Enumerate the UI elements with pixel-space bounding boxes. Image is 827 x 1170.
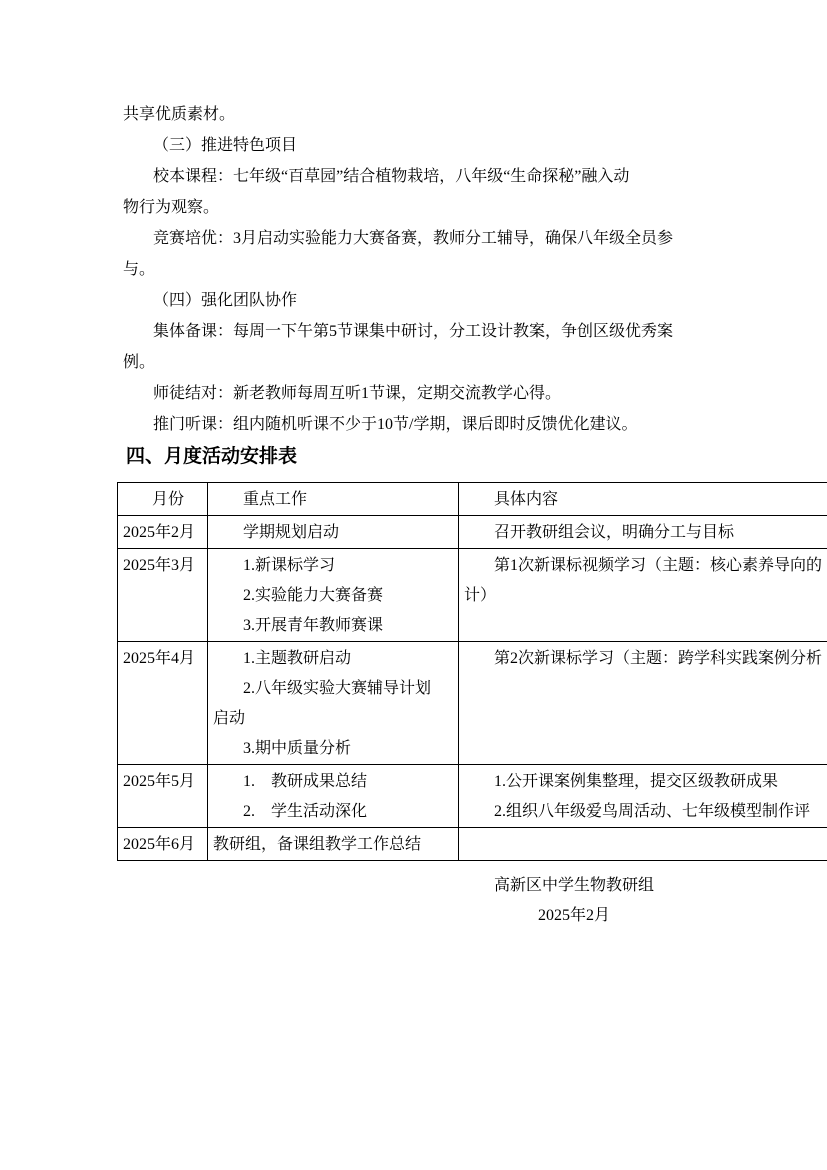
text-line: 2.实验能力大赛备赛 <box>213 581 453 611</box>
cell-content <box>459 828 827 861</box>
cell-work: 1.新课标学习2.实验能力大赛备赛3.开展青年教师赛课 <box>208 549 459 642</box>
cell-work: 教研组，备课组教学工作总结 <box>208 828 459 861</box>
text-line: 推门听课：组内随机听课不少于10节/学期，课后即时反馈优化建议。 <box>123 409 823 440</box>
cell-content: 召开教研组会议，明确分工与目标 <box>459 516 827 549</box>
table-row: 2025年3月 1.新课标学习2.实验能力大赛备赛3.开展青年教师赛课 第1次新… <box>118 549 827 642</box>
text-line: 教研组，备课组教学工作总结 <box>213 830 453 860</box>
text-line: 2025年3月 <box>123 551 202 581</box>
header-cell-work: 重点工作 <box>208 483 459 516</box>
text-line: 学期规划启动 <box>213 518 453 548</box>
text-line: 1.新课标学习 <box>213 551 453 581</box>
text-line: 第2次新课标学习（主题：跨学科实践案例分析 <box>464 644 827 674</box>
text-line: 竞赛培优：3月启动实验能力大赛备赛，教师分工辅导，确保八年级全员参 <box>123 223 823 254</box>
text-line: 2025年5月 <box>123 767 202 797</box>
cell-month: 2025年5月 <box>118 765 208 828</box>
cell-month: 2025年2月 <box>118 516 208 549</box>
text-line: 具体内容 <box>464 485 827 515</box>
header-cell-content: 具体内容 <box>459 483 827 516</box>
text-line: 计） <box>464 581 827 611</box>
table-row: 2025年2月 学期规划启动 召开教研组会议，明确分工与目标 <box>118 516 827 549</box>
cell-month: 2025年3月 <box>118 549 208 642</box>
text-line: 1.公开课案例集整理，提交区级教研成果 <box>464 767 827 797</box>
cell-work: 1.主题教研启动2.八年级实验大赛辅导计划启动3.期中质量分析 <box>208 642 459 765</box>
text-line: 师徒结对：新老教师每周互听1节课，定期交流教学心得。 <box>123 378 823 409</box>
text-line: 2. 学生活动深化 <box>213 797 453 827</box>
cell-month: 2025年4月 <box>118 642 208 765</box>
document-page: 共享优质素材。（三）推进特色项目校本课程：七年级“百草园”结合植物栽培，八年级“… <box>0 0 827 1170</box>
text-line: 1.主题教研启动 <box>213 644 453 674</box>
section-heading: 四、月度活动安排表 <box>126 444 297 470</box>
signature-date: 2025年2月 <box>374 901 774 931</box>
cell-month: 2025年6月 <box>118 828 208 861</box>
table-row: 2025年4月 1.主题教研启动2.八年级实验大赛辅导计划启动3.期中质量分析 … <box>118 642 827 765</box>
signature-organization: 高新区中学生物教研组 <box>374 871 774 901</box>
header-cell-month: 月份 <box>118 483 208 516</box>
text-line: 1. 教研成果总结 <box>213 767 453 797</box>
text-line: 2.八年级实验大赛辅导计划 <box>213 674 453 704</box>
text-line: 召开教研组会议，明确分工与目标 <box>464 518 827 548</box>
table-header-row: 月份 重点工作 具体内容 <box>118 483 827 516</box>
table-row: 2025年5月 1. 教研成果总结2. 学生活动深化 1.公开课案例集整理，提交… <box>118 765 827 828</box>
cell-content: 第1次新课标视频学习（主题：核心素养导向的计） <box>459 549 827 642</box>
text-line: 2.组织八年级爱鸟周活动、七年级模型制作评 <box>464 797 827 827</box>
text-line: 集体备课：每周一下午第5节课集中研讨，分工设计教案，争创区级优秀案 <box>123 316 823 347</box>
text-line: 第1次新课标视频学习（主题：核心素养导向的 <box>464 551 827 581</box>
body-paragraphs: 共享优质素材。（三）推进特色项目校本课程：七年级“百草园”结合植物栽培，八年级“… <box>123 99 823 440</box>
text-line: 与。 <box>123 254 823 285</box>
text-line: 共享优质素材。 <box>123 99 823 130</box>
signature-block: 高新区中学生物教研组 2025年2月 <box>374 871 774 931</box>
text-line: （三）推进特色项目 <box>123 130 823 161</box>
cell-content: 第2次新课标学习（主题：跨学科实践案例分析 <box>459 642 827 765</box>
cell-work: 1. 教研成果总结2. 学生活动深化 <box>208 765 459 828</box>
cell-work: 学期规划启动 <box>208 516 459 549</box>
text-line: 2025年6月 <box>123 830 202 860</box>
cell-content: 1.公开课案例集整理，提交区级教研成果2.组织八年级爱鸟周活动、七年级模型制作评 <box>459 765 827 828</box>
table-row: 2025年6月 教研组，备课组教学工作总结 <box>118 828 827 861</box>
text-line: 例。 <box>123 347 823 378</box>
text-line: 校本课程：七年级“百草园”结合植物栽培，八年级“生命探秘”融入动 <box>123 161 823 192</box>
text-line: 3.期中质量分析 <box>213 734 453 764</box>
text-line: 月份 <box>123 485 202 515</box>
text-line: 启动 <box>213 704 453 734</box>
text-line: 2025年4月 <box>123 644 202 674</box>
text-line: 重点工作 <box>213 485 453 515</box>
monthly-schedule-table: 月份 重点工作 具体内容 2025年2月 学期规划启动 召开教研组会议，明确分工… <box>117 482 827 861</box>
text-line: 2025年2月 <box>123 518 202 548</box>
text-line: 物行为观察。 <box>123 192 823 223</box>
text-line: （四）强化团队协作 <box>123 285 823 316</box>
text-line: 3.开展青年教师赛课 <box>213 611 453 641</box>
